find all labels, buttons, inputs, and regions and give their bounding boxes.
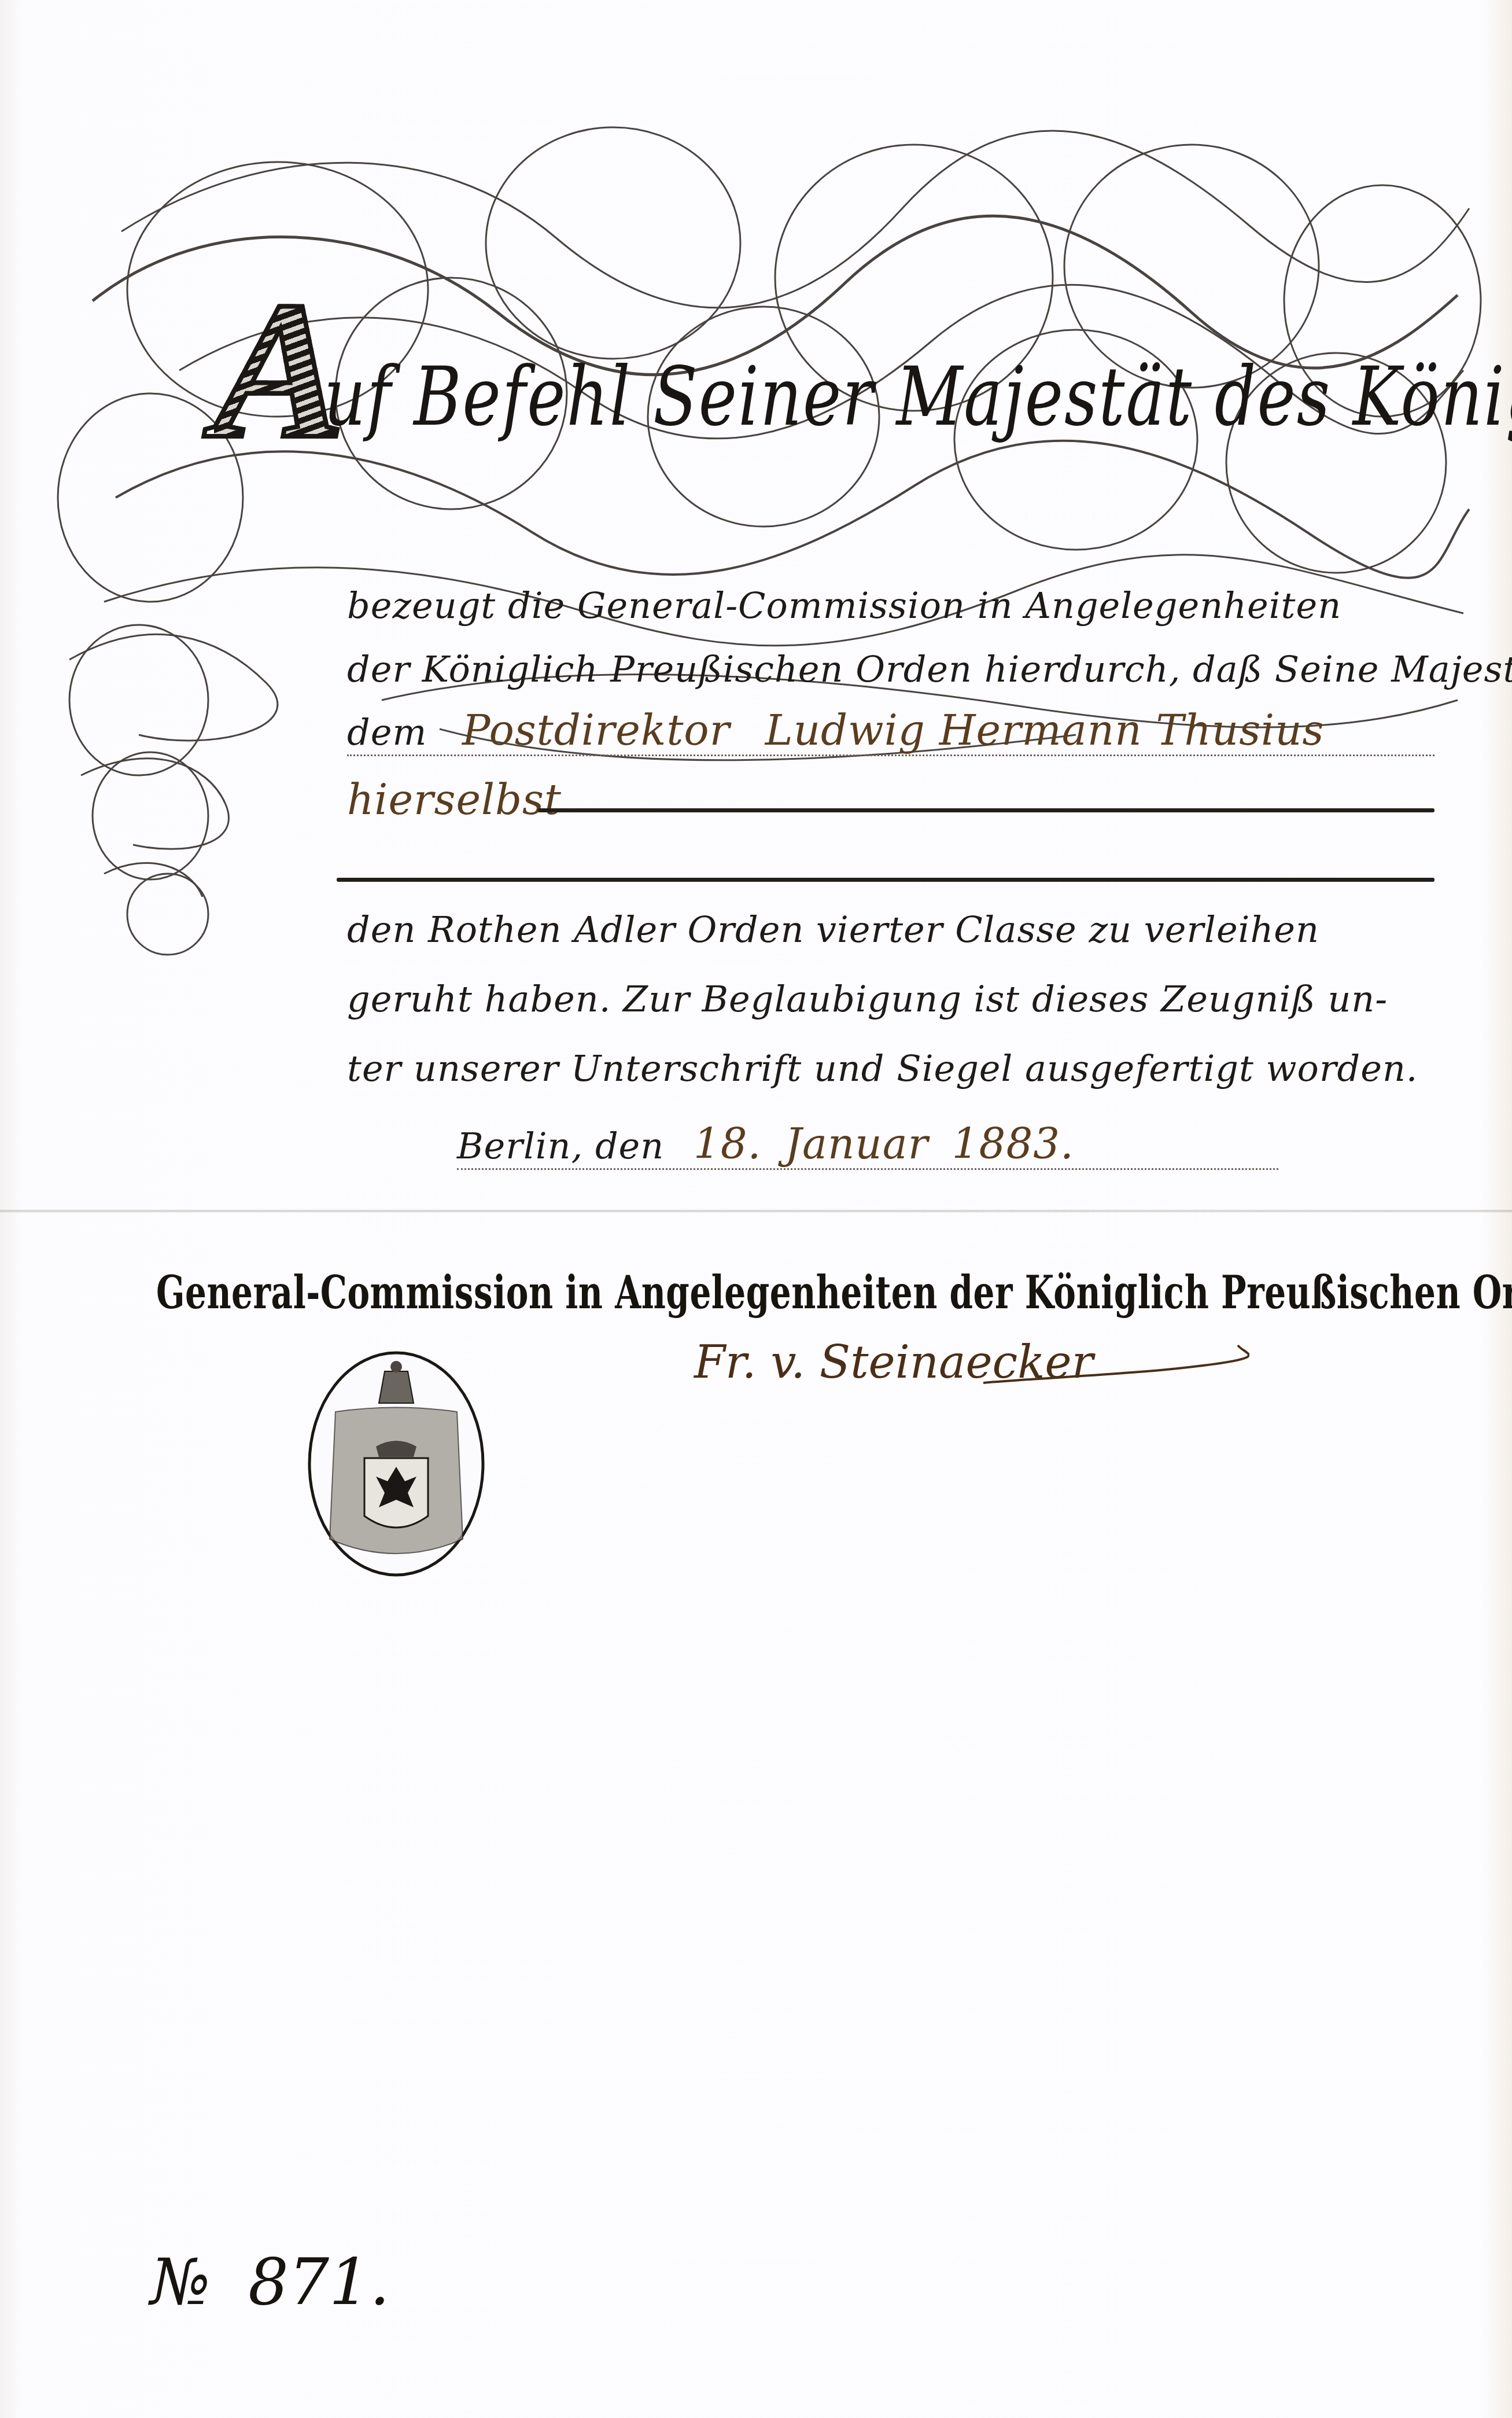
place-date-line: Berlin, den 18. Januar 1883.: [457, 1120, 1278, 1170]
date-year: 1883.: [952, 1120, 1074, 1168]
body-line-1: bezeugt die General-Commission in Angele…: [347, 584, 1463, 627]
document-heading: uf Befehl Seiner Majestät des Königs: [324, 350, 1481, 444]
date-day: 18.: [694, 1120, 762, 1168]
prussian-coat-of-arms-seal: [301, 1348, 492, 1580]
body-line-3-prefix: dem: [347, 711, 427, 753]
body-line-6: geruht haben. Zur Beglaubigung ist diese…: [347, 978, 1463, 1020]
body-line-5: den Rothen Adler Orden vierter Classe zu…: [347, 908, 1463, 951]
recipient-name: Ludwig Hermann Thusius: [765, 706, 1325, 755]
blank-rule-2: [337, 878, 1434, 882]
paper-fold-crease: [0, 1209, 1512, 1213]
number-value: 871.: [248, 2245, 390, 2319]
signature-flourish: [983, 1342, 1249, 1394]
body-line-2: der Königlich Preußischen Orden hierdurc…: [347, 648, 1463, 690]
number-prefix: №: [150, 2245, 211, 2319]
blank-rule-1: [538, 808, 1434, 812]
body-line-7: ter unserer Unterschrift und Siegel ausg…: [347, 1047, 1463, 1090]
recipient-place: hierselbst: [347, 775, 1463, 824]
issuer-commission-name: General-Commission in Angelegenheiten de…: [156, 1266, 1371, 1319]
calligraphic-flourish-ornament: [35, 93, 1492, 960]
date-month: Januar: [785, 1120, 928, 1168]
document-number: № 871.: [150, 2245, 390, 2319]
recipient-line: dem Postdirektor Ludwig Hermann Thusius: [347, 706, 1434, 756]
place-label: Berlin, den: [457, 1125, 664, 1167]
recipient-title: Postdirektor: [462, 706, 730, 755]
